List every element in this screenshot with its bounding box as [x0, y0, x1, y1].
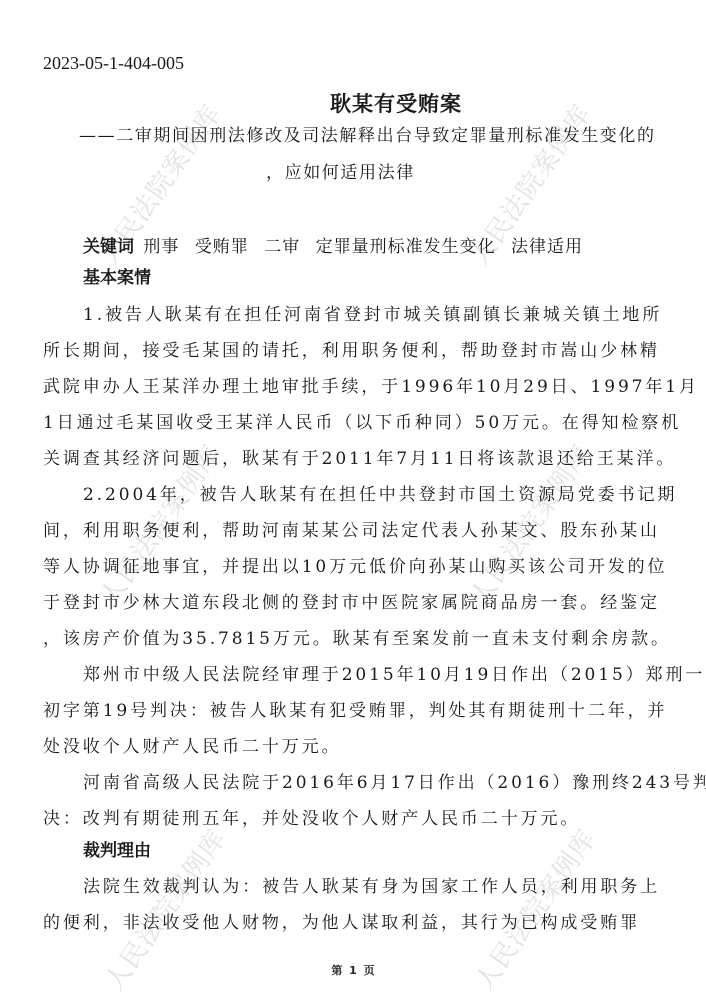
paragraph-line: 关调查其经济问题后，耿某有于2011年7月11日将该款退还给王某洋。 — [43, 444, 676, 469]
case-title: 耿某有受贿案 — [0, 88, 706, 118]
paragraph-line: 初字第19号判决：被告人耿某有犯受贿罪，判处其有期徒刑十二年，并 — [43, 696, 667, 721]
paragraph-line: ，该房产价值为35.7815万元。耿某有至案发前一直未支付剩余房款。 — [43, 624, 671, 649]
case-number: 2023-05-1-404-005 — [43, 53, 184, 74]
paragraph-line: 2.2004年，被告人耿某有在担任中共登封市国土资源局党委书记期 — [83, 480, 677, 505]
paragraph-line: 1日通过毛某国收受王某洋人民币（以下币种同）50万元。在得知检察机 — [43, 408, 681, 433]
paragraph-line: 郑州市中级人民法院经审理于2015年10月19日作出（2015）郑刑一 — [83, 660, 705, 685]
paragraph-line: 间，利用职务便利，帮助河南某某公司法定代表人孙某文、股东孙某山 — [43, 516, 660, 541]
keyword: 二审 — [264, 237, 300, 257]
paragraph-line: 武院申办人王某洋办理土地审批手续，于1996年10月29日、1997年1月 — [43, 372, 699, 397]
case-subtitle-line-2: ，应如何适用法律 — [266, 158, 415, 183]
keyword: 刑事 — [143, 237, 179, 257]
keywords-row: 关键词 刑事 受贿罪 二审 定罪量刑标准发生变化 法律适用 — [83, 232, 593, 257]
paragraph-line: 决：改判有期徒刑五年，并处没收个人财产人民币二十万元。 — [43, 804, 580, 829]
keyword: 法律适用 — [511, 237, 583, 257]
page-number: 第 1 页 — [0, 962, 706, 978]
keywords-label: 关键词 — [83, 237, 134, 257]
paragraph-line: 所长期间，接受毛某国的请托，利用职务便利，帮助登封市嵩山少林精 — [43, 336, 660, 361]
paragraph-line: 法院生效裁判认为：被告人耿某有身为国家工作人员，利用职务上 — [83, 872, 660, 897]
paragraph-line: 河南省高级人民法院于2016年6月17日作出（2016）豫刑终243号判 — [83, 768, 706, 793]
section-heading-reasoning: 裁判理由 — [83, 836, 151, 861]
paragraph-line: 1.被告人耿某有在担任河南省登封市城关镇副镇长兼城关镇土地所 — [83, 300, 662, 325]
paragraph-line: 处没收个人财产人民币二十万元。 — [43, 732, 342, 757]
case-subtitle-line-1: ——二审期间因刑法修改及司法解释出台导致定罪量刑标准发生变化的 — [79, 121, 656, 146]
paragraph-line: 于登封市少林大道东段北侧的登封市中医院家属院商品房一套。经鉴定 — [43, 588, 660, 613]
keyword: 定罪量刑标准发生变化 — [316, 237, 496, 257]
document-page: 人民法院案例库 人民法院案例库 人民法院案例库 人民法院案例库 人民法院案例库 … — [0, 0, 706, 999]
paragraph-line: 等人协调征地事宜，并提出以10万元低价向孙某山购买该公司开发的位 — [43, 552, 667, 577]
keyword: 受贿罪 — [195, 237, 249, 257]
paragraph-line: 的便利，非法收受他人财物，为他人谋取利益，其行为已构成受贿罪 — [43, 908, 640, 933]
section-heading-basic-facts: 基本案情 — [83, 263, 151, 288]
